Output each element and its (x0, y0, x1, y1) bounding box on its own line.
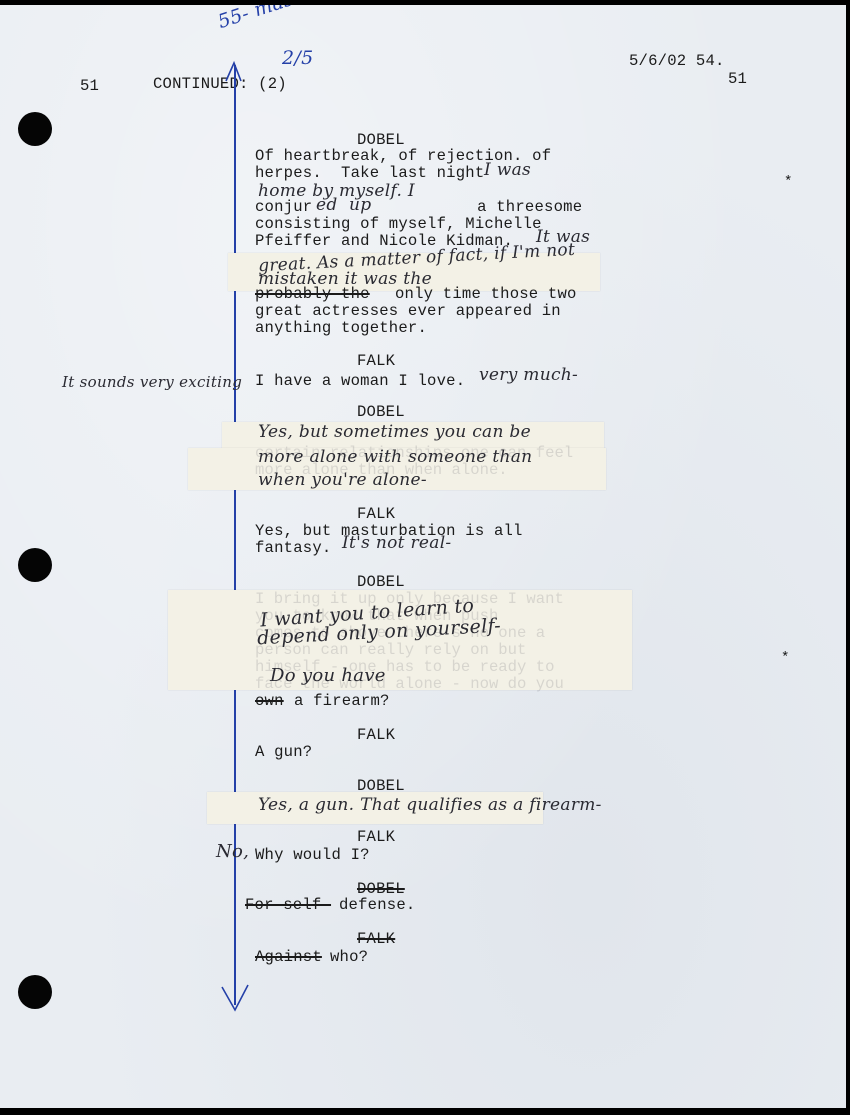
character-name: DOBEL (357, 404, 405, 421)
dialogue-line: A gun? (255, 744, 312, 761)
dialogue-line: who? (330, 949, 368, 966)
dialogue-line: a firearm? (294, 693, 390, 710)
revision-asterisk: * (784, 174, 792, 190)
struck-text: own (255, 693, 284, 710)
dialogue-line: conjur (255, 199, 312, 216)
revision-asterisk: * (781, 650, 789, 666)
dialogue-line: herpes. Take last night (255, 165, 484, 182)
margin-note: It sounds very exciting (62, 373, 242, 391)
handwritten-insert: very much- (479, 365, 578, 385)
character-name: FALK (357, 506, 395, 523)
handwritten-dialogue: Do you have (270, 665, 386, 686)
dialogue-line: consisting of myself, Michelle (255, 216, 542, 233)
character-name: FALK (357, 829, 395, 846)
dialogue-line: Why would I? (255, 847, 370, 864)
handwritten-insert: ed up (316, 195, 371, 215)
dialogue-line: great actresses ever appeared in (255, 303, 561, 320)
struck-text: Against (255, 949, 322, 966)
script-page: 51 CONTINUED: (2) 5/6/02 54. 51 55- mast… (0, 5, 846, 1108)
handwritten-insert: It's not real- (342, 533, 451, 553)
character-name: FALK (357, 727, 395, 744)
character-name: FALK (357, 353, 395, 370)
dialogue-line: defense. (339, 897, 415, 914)
struck-text: For self- (245, 897, 331, 914)
handwritten-dialogue: Yes, but sometimes you can be (258, 422, 531, 442)
struck-text: probably the (255, 286, 370, 303)
character-name-struck: FALK (357, 931, 395, 948)
handwritten-dialogue: more alone with someone than (258, 447, 532, 467)
dialogue-line: a threesome (372, 199, 582, 216)
dialogue-line: I have a woman I love. (255, 373, 465, 390)
margin-note: No, (216, 841, 249, 862)
character-name: DOBEL (357, 574, 405, 591)
dialogue-line: fantasy. (255, 540, 331, 557)
handwritten-dialogue: Yes, a gun. That qualifies as a firearm- (258, 795, 602, 815)
dialogue-line: only time those two (395, 286, 577, 303)
handwritten-insert: I was (484, 160, 531, 180)
handwritten-dialogue: when you're alone- (258, 470, 427, 490)
dialogue-line: anything together. (255, 320, 427, 337)
